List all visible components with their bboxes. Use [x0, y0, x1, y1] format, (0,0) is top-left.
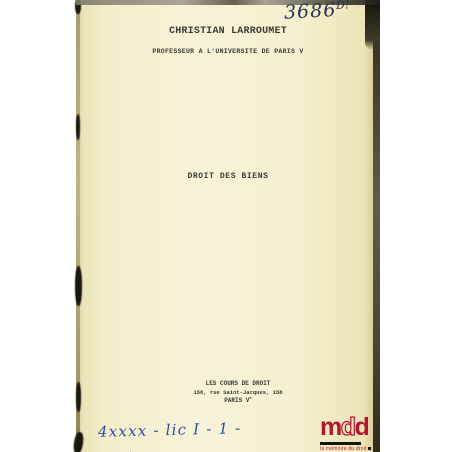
- publisher-name: LES COURS DE DROIT: [86, 380, 390, 387]
- logo-tagline: la mémoire du droit: [320, 446, 378, 452]
- handwritten-catalog-number: 3686D!: [283, 0, 350, 24]
- logo-letter-m: m: [320, 413, 341, 441]
- page-edge-shadow: [73, 431, 85, 452]
- book-title: DROIT DES BIENS: [76, 172, 380, 181]
- scanned-book-cover: 3686D! CHRISTIAN LARROUMET PROFESSEUR A …: [0, 0, 452, 452]
- author-name: CHRISTIAN LARROUMET: [76, 26, 380, 37]
- page-corner-shadow: [365, 0, 380, 50]
- logo-underline-bar: [320, 442, 361, 445]
- mdd-watermark-logo: mdd la mémoire du droit: [320, 413, 378, 452]
- page-edge-shadow: [76, 382, 81, 412]
- handwritten-shelf-note: 4xxxx - lic I - 1 -: [98, 419, 242, 441]
- author-affiliation: PROFESSEUR A L'UNIVERSITE DE PARIS V: [76, 48, 380, 55]
- logo-letter-d-outline: d: [341, 413, 355, 441]
- page-edge-shadow: [75, 266, 82, 306]
- mdd-logo-letters: mdd: [320, 413, 378, 442]
- city-superscript: e: [249, 397, 251, 401]
- catalog-suffix: D!: [336, 0, 350, 12]
- catalog-number: 3686: [283, 0, 336, 24]
- handwritten-stroke-fragment: [118, 448, 131, 452]
- logo-tagline-square: [368, 447, 371, 450]
- publisher-city: PARIS Ve: [86, 397, 390, 404]
- logo-letter-d: d: [355, 413, 369, 441]
- page-edge-shadow: [76, 114, 80, 140]
- publisher-address: 158, rue Saint-Jacques, 158: [86, 389, 390, 396]
